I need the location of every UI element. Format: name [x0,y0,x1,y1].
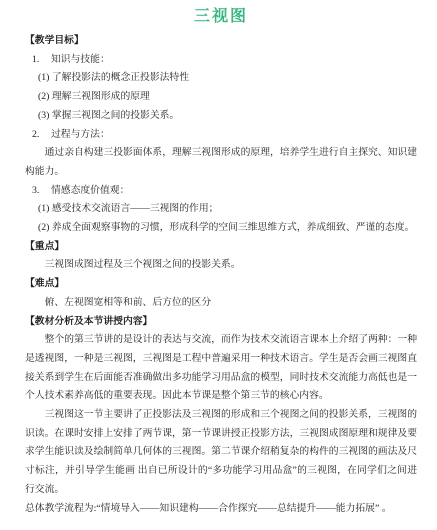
analysis-paragraph: 三视图这一节主要讲了正投影法及三视图的形成和三个视图之间的投影关系，三视图的识读… [25,406,417,500]
heading-key-point: 【重点】 [25,238,417,257]
teaching-flow-summary: 总体教学流程为:“情境导入——知识建构——合作探究——总结提升——能力拓展” 。 [25,500,417,519]
goal-subitem: (2) 养成全面观察事物的习惯，形成科学的空间三维思维方式，养成细致、严谨的态度… [25,219,417,238]
heading-teaching-goals: 【教学目标】 [25,32,417,51]
analysis-paragraph: 整个的第三节讲的是设计的表达与交流，而作为技术交流语言课本上介绍了两种：一种是透… [25,331,417,406]
goal-item-affect-values: 3.情感态度价值观： [25,182,417,201]
goal-item-label: 知识与技能： [51,54,110,65]
lesson-plan-document: 三视图 【教学目标】 1.知识与技能： (1) 了解投影法的概念正投影法特性 (… [0,0,437,530]
goal-subitem: (1) 了解投影法的概念正投影法特性 [25,69,417,88]
goal-subitem: (2) 理解三视图形成的原理 [25,88,417,107]
heading-difficulty: 【难点】 [25,275,417,294]
goal-item-number: 2. [32,126,44,145]
goal-item-paragraph: 通过亲自构建三投影面体系，理解三视图形成的原理，培养学生进行自主探究、知识建构能… [25,144,417,181]
goal-subitem: (3) 掌握三视图之间的投影关系。 [25,107,417,126]
goal-subitem: (1) 感受技术交流语言——三视图的作用； [25,200,417,219]
goal-item-label: 过程与方法： [51,129,110,140]
goal-item-process-method: 2.过程与方法： [25,126,417,145]
heading-material-analysis: 【教材分析及本节讲授内容】 [25,313,417,332]
goal-item-label: 情感态度价值观： [51,185,129,196]
doc-title: 三视图 [25,7,417,27]
goal-item-knowledge-skills: 1.知识与技能： [25,51,417,70]
key-point-text: 三视图成图过程及三个视图之间的投影关系。 [25,256,417,275]
difficulty-text: 俯、左视图宽相等和前、后方位的区分 [25,294,417,313]
goal-item-number: 3. [32,182,44,201]
goal-item-number: 1. [32,51,44,70]
